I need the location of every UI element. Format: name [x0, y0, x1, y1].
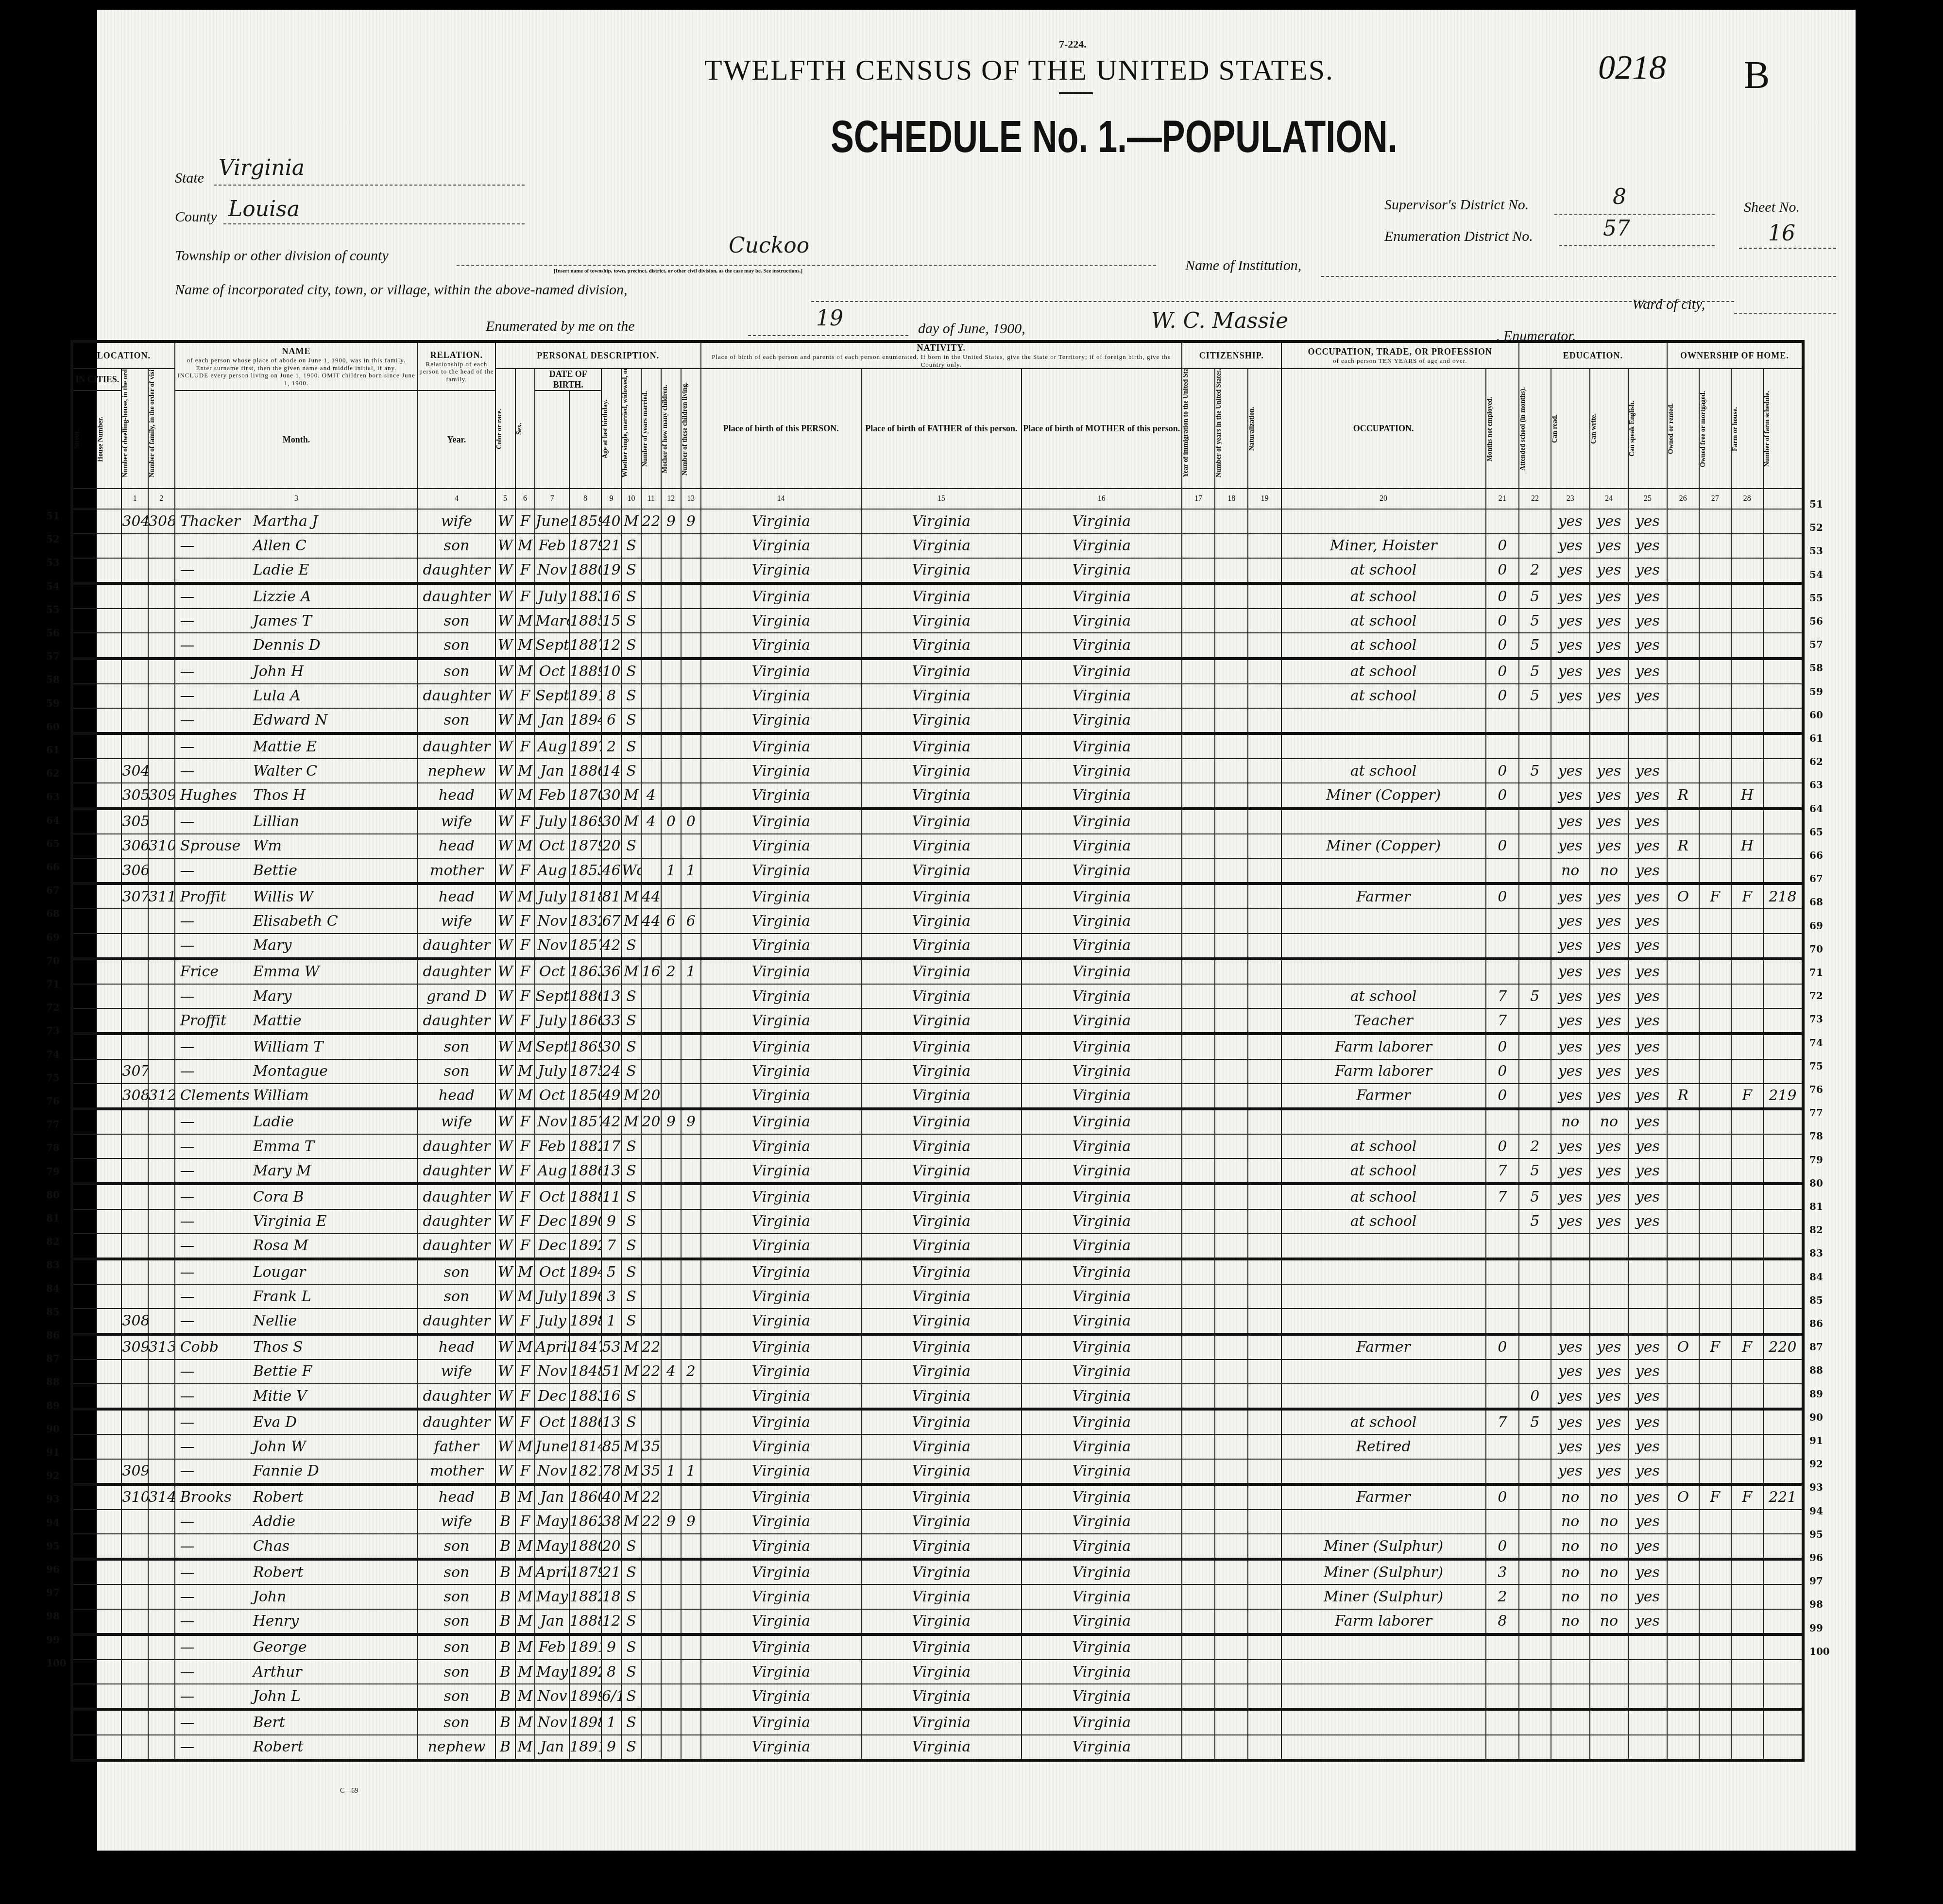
sex-cell: F: [515, 984, 535, 1008]
house-number-cell: [97, 909, 121, 933]
months-unemployed-cell: [1486, 1660, 1519, 1684]
free-mortgaged-cell: F: [1699, 884, 1731, 909]
months-unemployed-cell: [1486, 1434, 1519, 1459]
immigration-cell: [1182, 809, 1215, 834]
sheet-letter: B: [1744, 53, 1770, 98]
father-birthplace-cell: Virginia: [861, 884, 1022, 909]
family-cell: [148, 633, 175, 658]
dob-header: DATE OF BIRTH.: [535, 369, 601, 391]
house-number-cell: [97, 1684, 121, 1709]
can-write-cell: yes: [1590, 1384, 1629, 1409]
right-line-number: 75: [1809, 1060, 1823, 1072]
dwelling-cell: [121, 1709, 148, 1734]
occupation-cell: [1281, 1660, 1486, 1684]
attended-school-cell: [1519, 1259, 1551, 1284]
birthplace-cell: Virginia: [701, 1134, 861, 1158]
mother-of-cell: [661, 1684, 681, 1709]
house-number-cell: [97, 834, 121, 858]
naturalization-cell: [1248, 1384, 1281, 1409]
table-row: —Dennis DsonWMSept188712SVirginiaVirgini…: [72, 633, 1803, 658]
birth-year-cell: 1897: [569, 733, 601, 759]
months-unemployed-cell: 0: [1486, 583, 1519, 609]
given-name: Mattie: [253, 1012, 302, 1029]
children-living-cell: [681, 684, 701, 708]
house-number-cell: [97, 1158, 121, 1184]
name-cell: ProffitMattie: [175, 1008, 418, 1034]
attended-school-cell: 5: [1519, 684, 1551, 708]
can-write-cell: no: [1590, 1510, 1629, 1534]
name-cell: —Emma T: [175, 1134, 418, 1158]
given-name: Ladie: [253, 1113, 294, 1130]
farm-house-cell: [1731, 609, 1763, 633]
family-cell: [148, 1134, 175, 1158]
sex-cell: F: [515, 858, 535, 884]
can-read-cell: [1551, 1309, 1590, 1334]
months-unemployed-cell: [1486, 708, 1519, 733]
mother-birthplace-cell: Virginia: [1022, 1259, 1182, 1284]
father-birthplace-cell: Virginia: [861, 834, 1022, 858]
house-number-cell: [97, 509, 121, 533]
attended-school-cell: [1519, 884, 1551, 909]
owned-rented-cell: O: [1667, 1484, 1699, 1510]
father-birthplace-cell: Virginia: [861, 1034, 1022, 1059]
given-name: Robert: [253, 1738, 304, 1755]
street-cell: [72, 1709, 97, 1734]
can-write-cell: yes: [1590, 1034, 1629, 1059]
free-mortgaged-cell: [1699, 909, 1731, 933]
months-unemployed-cell: 0: [1486, 783, 1519, 808]
farm-house-cell: [1731, 684, 1763, 708]
street-cell: [72, 1660, 97, 1684]
birth-year-cell: 1898: [569, 1709, 601, 1734]
surname: —: [175, 763, 253, 780]
sex-cell: M: [515, 1559, 535, 1584]
birthplace-cell: Virginia: [701, 783, 861, 808]
immigration-cell: [1182, 1158, 1215, 1184]
age-cell: 5: [601, 1259, 621, 1284]
birthplace-cell: Virginia: [701, 1409, 861, 1434]
marital-cell: S: [621, 984, 641, 1008]
right-line-number: 69: [1809, 920, 1823, 932]
county-value: Louisa: [228, 197, 300, 221]
years-us-cell: [1215, 1134, 1248, 1158]
color-cell: W: [495, 633, 515, 658]
family-cell: [148, 583, 175, 609]
left-line-number: 89: [46, 1400, 60, 1411]
father-birthplace-cell: Virginia: [861, 1484, 1022, 1510]
mother-birthplace-cell: Virginia: [1022, 1609, 1182, 1634]
house-number-cell: [97, 1284, 121, 1309]
years-married-cell: [641, 583, 661, 609]
dwelling-cell: [121, 1684, 148, 1709]
speak-english-cell: [1628, 1284, 1667, 1309]
left-line-number: 60: [46, 721, 60, 732]
years-us-cell: [1215, 1209, 1248, 1234]
mother-of-cell: [661, 1559, 681, 1584]
surname: Sprouse: [175, 837, 253, 854]
street-cell: [72, 1735, 97, 1760]
speak-english-cell: [1628, 1709, 1667, 1734]
right-line-number: 81: [1809, 1201, 1823, 1212]
attended-school-cell: [1519, 1360, 1551, 1384]
name-cell: —Lillian: [175, 809, 418, 834]
family-cell: [148, 1684, 175, 1709]
years-us-cell: [1215, 1334, 1248, 1360]
right-line-number: 65: [1809, 826, 1823, 838]
name-cell: —Frank L: [175, 1284, 418, 1309]
free-mortgaged-cell: [1699, 558, 1731, 583]
naturalization-cell: [1248, 1284, 1281, 1309]
name-cell: —Rosa M: [175, 1234, 418, 1259]
can-read-cell: yes: [1551, 1209, 1590, 1234]
birth-year-cell: 1814: [569, 1434, 601, 1459]
years-us-cell: [1215, 783, 1248, 808]
left-line-number: 93: [46, 1493, 60, 1505]
name-title: NAME: [175, 346, 418, 357]
house-number-cell: [97, 534, 121, 558]
name-cell: —Robert: [175, 1735, 418, 1760]
name-cell: —Nellie: [175, 1309, 418, 1334]
name-cell: —John: [175, 1584, 418, 1609]
house-number-cell: [97, 558, 121, 583]
sex-cell: F: [515, 809, 535, 834]
surname: —: [175, 1237, 253, 1254]
left-line-number: 99: [46, 1634, 60, 1646]
farm-schedule-cell: 219: [1763, 1084, 1803, 1109]
farm-schedule-cell: [1763, 1134, 1803, 1158]
left-line-number: 68: [46, 908, 60, 919]
mother-birthplace-cell: Virginia: [1022, 884, 1182, 909]
can-read-cell: yes: [1551, 684, 1590, 708]
age-header: Age at last birthday.: [602, 380, 610, 477]
naturalization-cell: [1248, 1184, 1281, 1209]
years-married-cell: [641, 1559, 661, 1584]
can-write-cell: no: [1590, 1109, 1629, 1134]
birthplace-cell: Virginia: [701, 534, 861, 558]
father-birthplace-cell: Virginia: [861, 509, 1022, 533]
name-header: NAME of each person whose place of abode…: [175, 341, 418, 391]
relation-cell: head: [418, 884, 495, 909]
color-cell: B: [495, 1709, 515, 1734]
sex-cell: M: [515, 1084, 535, 1109]
father-birthplace-cell: Virginia: [861, 1384, 1022, 1409]
years-us-cell: [1215, 1259, 1248, 1284]
name-cell: —Mattie E: [175, 733, 418, 759]
years-married-cell: [641, 1534, 661, 1559]
column-number: 27: [1699, 489, 1731, 509]
age-cell: 67: [601, 909, 621, 933]
owned-rented-cell: [1667, 1634, 1699, 1660]
birth-year-cell: 1821: [569, 1459, 601, 1484]
farm-house-cell: [1731, 858, 1763, 884]
color-cell: W: [495, 984, 515, 1008]
age-cell: 20: [601, 1534, 621, 1559]
can-read-cell: [1551, 733, 1590, 759]
color-cell: W: [495, 1084, 515, 1109]
can-write-cell: [1590, 1709, 1629, 1734]
can-read-cell: yes: [1551, 1059, 1590, 1084]
children-living-cell: [681, 1334, 701, 1360]
birth-month-cell: April: [535, 1559, 569, 1584]
speak-english-cell: yes: [1628, 534, 1667, 558]
free-mortgaged-cell: [1699, 1059, 1731, 1084]
mother-of-cell: [661, 1735, 681, 1760]
naturalization-cell: [1248, 633, 1281, 658]
enumeration-value: 57: [1603, 216, 1630, 241]
birthplace-cell: Virginia: [701, 1109, 861, 1134]
color-cell: B: [495, 1735, 515, 1760]
can-write-cell: no: [1590, 1559, 1629, 1584]
given-name: Lougar: [253, 1264, 306, 1281]
left-line-number: 83: [46, 1259, 60, 1271]
free-mortgaged-cell: [1699, 959, 1731, 984]
sex-cell: M: [515, 1434, 535, 1459]
sex-cell: M: [515, 708, 535, 733]
township-line: [457, 265, 1156, 266]
years-us-cell: [1215, 609, 1248, 633]
owned-rented-cell: [1667, 1309, 1699, 1334]
owned-rented-cell: [1667, 633, 1699, 658]
years-us-cell: [1215, 1684, 1248, 1709]
immigration-cell: [1182, 1434, 1215, 1459]
free-mortgaged-cell: [1699, 834, 1731, 858]
color-cell: B: [495, 1660, 515, 1684]
birth-year-cell: 1862: [569, 1510, 601, 1534]
column-number: 14: [701, 489, 861, 509]
free-mortgaged-cell: [1699, 1084, 1731, 1109]
months-unemployed-cell: 8: [1486, 1609, 1519, 1634]
street-cell: [72, 1134, 97, 1158]
birth-month-cell: Nov: [535, 1459, 569, 1484]
farm-schedule-cell: [1763, 984, 1803, 1008]
birth-month-cell: Oct: [535, 959, 569, 984]
table-row: —Ladie EdaughterWFNov188019SVirginiaVirg…: [72, 558, 1803, 583]
birth-year-cell: 1883: [569, 1384, 601, 1409]
age-cell: 24: [601, 1059, 621, 1084]
mother-birthplace-cell: Virginia: [1022, 1008, 1182, 1034]
mother-of-cell: [661, 1584, 681, 1609]
can-write-cell: [1590, 1284, 1629, 1309]
relation-cell: daughter: [418, 684, 495, 708]
children-living-cell: 6: [681, 909, 701, 933]
speak-english-header: Can speak English.: [1629, 380, 1636, 477]
farm-schedule-cell: [1763, 1184, 1803, 1209]
immigration-cell: [1182, 834, 1215, 858]
relation-cell: daughter: [418, 1158, 495, 1184]
birth-month-cell: May: [535, 1584, 569, 1609]
color-cell: W: [495, 1284, 515, 1309]
left-line-number: 98: [46, 1610, 60, 1622]
house-number-cell: [97, 609, 121, 633]
house-number-cell: [97, 659, 121, 684]
form-code: 7-224.: [1059, 38, 1087, 51]
table-row: 308—NelliedaughterWFJuly18981SVirginiaVi…: [72, 1309, 1803, 1334]
can-read-cell: [1551, 708, 1590, 733]
years-us-cell: [1215, 1084, 1248, 1109]
right-line-number: 51: [1809, 498, 1823, 510]
farm-schedule-cell: [1763, 783, 1803, 808]
surname: Thacker: [175, 513, 253, 530]
farm-schedule-cell: [1763, 1584, 1803, 1609]
birthplace-cell: Virginia: [701, 1084, 861, 1109]
years-us-cell: [1215, 934, 1248, 959]
relation-cell: daughter: [418, 934, 495, 959]
free-mortgaged-cell: [1699, 1234, 1731, 1259]
name-cell: —Dennis D: [175, 633, 418, 658]
mother-of-cell: [661, 558, 681, 583]
speak-english-cell: [1628, 708, 1667, 733]
surname: —: [175, 687, 253, 704]
speak-english-cell: yes: [1628, 684, 1667, 708]
birth-year-cell: 1896: [569, 1284, 601, 1309]
attended-school-cell: [1519, 1534, 1551, 1559]
family-cell: [148, 1634, 175, 1660]
dwelling-cell: [121, 1134, 148, 1158]
owned-rented-cell: [1667, 1109, 1699, 1134]
owned-rented-cell: [1667, 934, 1699, 959]
given-name: Robert: [253, 1489, 304, 1506]
relation-cell: wife: [418, 509, 495, 533]
father-birthplace-cell: Virginia: [861, 609, 1022, 633]
surname: Proffit: [175, 1012, 253, 1029]
right-line-number: 62: [1809, 756, 1823, 767]
marital-cell: S: [621, 1409, 641, 1434]
speak-english-cell: yes: [1628, 759, 1667, 783]
years-married-cell: [641, 1735, 661, 1760]
farm-house-cell: [1731, 1109, 1763, 1134]
farm-house-cell: [1731, 1158, 1763, 1184]
mother-birthplace-cell: Virginia: [1022, 1034, 1182, 1059]
birth-year-cell: 1863: [569, 959, 601, 984]
can-write-cell: yes: [1590, 759, 1629, 783]
sex-cell: F: [515, 1158, 535, 1184]
right-line-number: 66: [1809, 850, 1823, 861]
sex-cell: M: [515, 609, 535, 633]
occupation-cell: at school: [1281, 759, 1486, 783]
marital-cell: M: [621, 1084, 641, 1109]
occupation-cell: Miner (Copper): [1281, 834, 1486, 858]
occupation-cell: at school: [1281, 633, 1486, 658]
birth-year-cell: 1894: [569, 708, 601, 733]
birthplace-cell: Virginia: [701, 1534, 861, 1559]
color-cell: W: [495, 959, 515, 984]
left-line-number: 92: [46, 1470, 60, 1481]
given-name: Arthur: [253, 1664, 302, 1681]
street-cell: [72, 733, 97, 759]
immigration-cell: [1182, 1034, 1215, 1059]
occupation-cell: Miner (Sulphur): [1281, 1559, 1486, 1584]
years-married-cell: [641, 1660, 661, 1684]
immigration-cell: [1182, 609, 1215, 633]
attended-school-cell: 5: [1519, 609, 1551, 633]
children-living-cell: [681, 1259, 701, 1284]
speak-english-cell: [1628, 1735, 1667, 1760]
years-us-cell: [1215, 708, 1248, 733]
mother-of-cell: [661, 984, 681, 1008]
left-line-number: 66: [46, 861, 60, 873]
sex-cell: F: [515, 684, 535, 708]
attended-school-cell: [1519, 1634, 1551, 1660]
right-line-number: 52: [1809, 522, 1823, 533]
occupation-cell: Miner (Copper): [1281, 783, 1486, 808]
farm-house-cell: [1731, 1434, 1763, 1459]
column-number: 25: [1628, 489, 1667, 509]
can-write-cell: [1590, 1735, 1629, 1760]
mother-of-cell: 9: [661, 1109, 681, 1134]
farm-house-cell: [1731, 1409, 1763, 1434]
mother-birthplace-cell: Virginia: [1022, 1434, 1182, 1459]
color-cell: W: [495, 659, 515, 684]
occupation-cell: [1281, 1309, 1486, 1334]
surname: —: [175, 588, 253, 605]
sex-cell: M: [515, 759, 535, 783]
occupation-cell: [1281, 708, 1486, 733]
months-unemployed-cell: [1486, 1709, 1519, 1734]
birth-year-cell: 1887: [569, 633, 601, 658]
right-line-number: 72: [1809, 990, 1823, 1002]
birthplace-cell: Virginia: [701, 1434, 861, 1459]
house-number-cell: [97, 1259, 121, 1284]
birth-year-cell: 1885: [569, 609, 601, 633]
immigration-cell: [1182, 509, 1215, 533]
father-birthplace-cell: Virginia: [861, 984, 1022, 1008]
naturalization-cell: [1248, 1484, 1281, 1510]
left-line-number: 91: [46, 1446, 60, 1458]
naturalization-cell: [1248, 1259, 1281, 1284]
can-write-cell: yes: [1590, 633, 1629, 658]
father-birthplace-cell: Virginia: [861, 1660, 1022, 1684]
street-cell: [72, 1684, 97, 1709]
color-cell: W: [495, 1434, 515, 1459]
right-line-number: 91: [1809, 1435, 1823, 1446]
farm-house-cell: H: [1731, 834, 1763, 858]
name-cell: —Bettie: [175, 858, 418, 884]
family-cell: [148, 1510, 175, 1534]
mother-of-cell: 9: [661, 509, 681, 533]
marital-cell: M: [621, 809, 641, 834]
mother-of-cell: [661, 1259, 681, 1284]
surname: —: [175, 1162, 253, 1179]
mother-of-header: Mother of how many children.: [662, 380, 669, 477]
can-write-cell: yes: [1590, 783, 1629, 808]
age-cell: 8: [601, 1660, 621, 1684]
age-cell: 20: [601, 834, 621, 858]
color-cell: W: [495, 684, 515, 708]
mother-of-cell: 9: [661, 1510, 681, 1534]
right-line-number: 73: [1809, 1013, 1823, 1025]
free-mortgaged-cell: [1699, 934, 1731, 959]
naturalization-cell: [1248, 1109, 1281, 1134]
birthplace-cell: Virginia: [701, 609, 861, 633]
mother-of-cell: [661, 1184, 681, 1209]
house-number-cell: [97, 1309, 121, 1334]
marital-cell: S: [621, 1284, 641, 1309]
can-write-cell: yes: [1590, 834, 1629, 858]
free-mortgaged-cell: F: [1699, 1334, 1731, 1360]
can-read-cell: yes: [1551, 809, 1590, 834]
months-unemployed-cell: [1486, 1735, 1519, 1760]
family-cell: [148, 1609, 175, 1634]
children-living-cell: [681, 1384, 701, 1409]
months-unemployed-cell: 0: [1486, 884, 1519, 909]
left-line-number: 88: [46, 1376, 60, 1388]
house-number-cell: [97, 1360, 121, 1384]
family-cell: [148, 1034, 175, 1059]
birthplace-cell: Virginia: [701, 858, 861, 884]
given-name: Thos H: [253, 787, 306, 804]
surname: —: [175, 813, 253, 830]
years-married-cell: 4: [641, 783, 661, 808]
